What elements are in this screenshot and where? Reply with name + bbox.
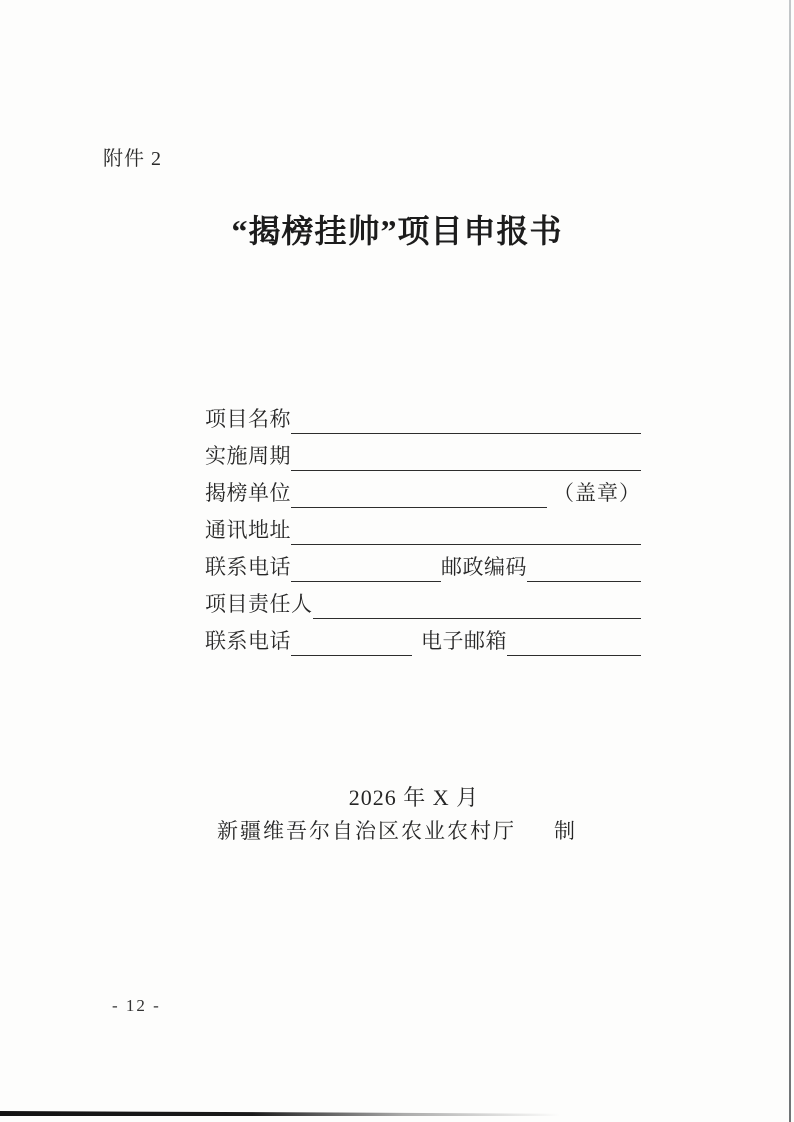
blank-line-bidding-unit bbox=[291, 478, 547, 508]
form-row-project-leader: 项目责任人 bbox=[205, 582, 641, 619]
seal-note: （盖章） bbox=[547, 477, 641, 508]
form-row-project-name: 项目名称 bbox=[205, 397, 641, 434]
field-label-project-leader: 项目责任人 bbox=[205, 588, 313, 619]
field-label-implementation-period: 实施周期 bbox=[205, 440, 291, 471]
blank-line-contact-phone bbox=[291, 552, 441, 582]
footer-issuer-line: 新疆维吾尔自治区农业农村厅制 bbox=[0, 815, 794, 845]
blank-line-email bbox=[507, 626, 641, 656]
footer-date: 2026 年 X 月 bbox=[17, 781, 794, 812]
field-label-email: 电子邮箱 bbox=[421, 625, 507, 656]
form-row-implementation-period: 实施周期 bbox=[205, 434, 641, 471]
field-label-project-name: 项目名称 bbox=[205, 403, 291, 434]
blank-line-project-name bbox=[291, 404, 641, 434]
issuer-name: 新疆维吾尔自治区农业农村厅 bbox=[217, 819, 516, 843]
blank-line-postal-code bbox=[527, 552, 641, 582]
blank-line-contact-phone-2 bbox=[291, 626, 412, 656]
field-label-bidding-unit: 揭榜单位 bbox=[205, 477, 291, 508]
form-row-phone-email: 联系电话 电子邮箱 bbox=[205, 619, 641, 656]
page-number: - 12 - bbox=[112, 996, 161, 1016]
scan-edge-bottom-artifact bbox=[0, 1111, 560, 1116]
issuer-suffix: 制 bbox=[554, 819, 577, 843]
form-row-phone-postcode: 联系电话 邮政编码 bbox=[205, 545, 641, 582]
field-label-mailing-address: 通讯地址 bbox=[205, 514, 291, 545]
document-page: 附件 2 “揭榜挂帅”项目申报书 项目名称 实施周期 揭榜单位 （盖章） 通讯地… bbox=[0, 0, 794, 1122]
attachment-label: 附件 2 bbox=[103, 142, 162, 171]
field-label-contact-phone: 联系电话 bbox=[205, 551, 291, 582]
blank-line-implementation-period bbox=[291, 441, 641, 471]
blank-line-mailing-address bbox=[291, 515, 641, 545]
field-label-contact-phone-2: 联系电话 bbox=[205, 625, 291, 656]
form-row-bidding-unit: 揭榜单位 （盖章） bbox=[205, 471, 641, 508]
document-title: “揭榜挂帅”项目申报书 bbox=[0, 206, 794, 252]
scan-edge-right-artifact bbox=[789, 0, 791, 1122]
blank-line-project-leader bbox=[313, 589, 642, 619]
form-row-mailing-address: 通讯地址 bbox=[205, 508, 641, 545]
field-label-postal-code: 邮政编码 bbox=[441, 551, 527, 582]
application-form: 项目名称 实施周期 揭榜单位 （盖章） 通讯地址 联系电话 邮政编码 项目责任人 bbox=[205, 397, 641, 656]
